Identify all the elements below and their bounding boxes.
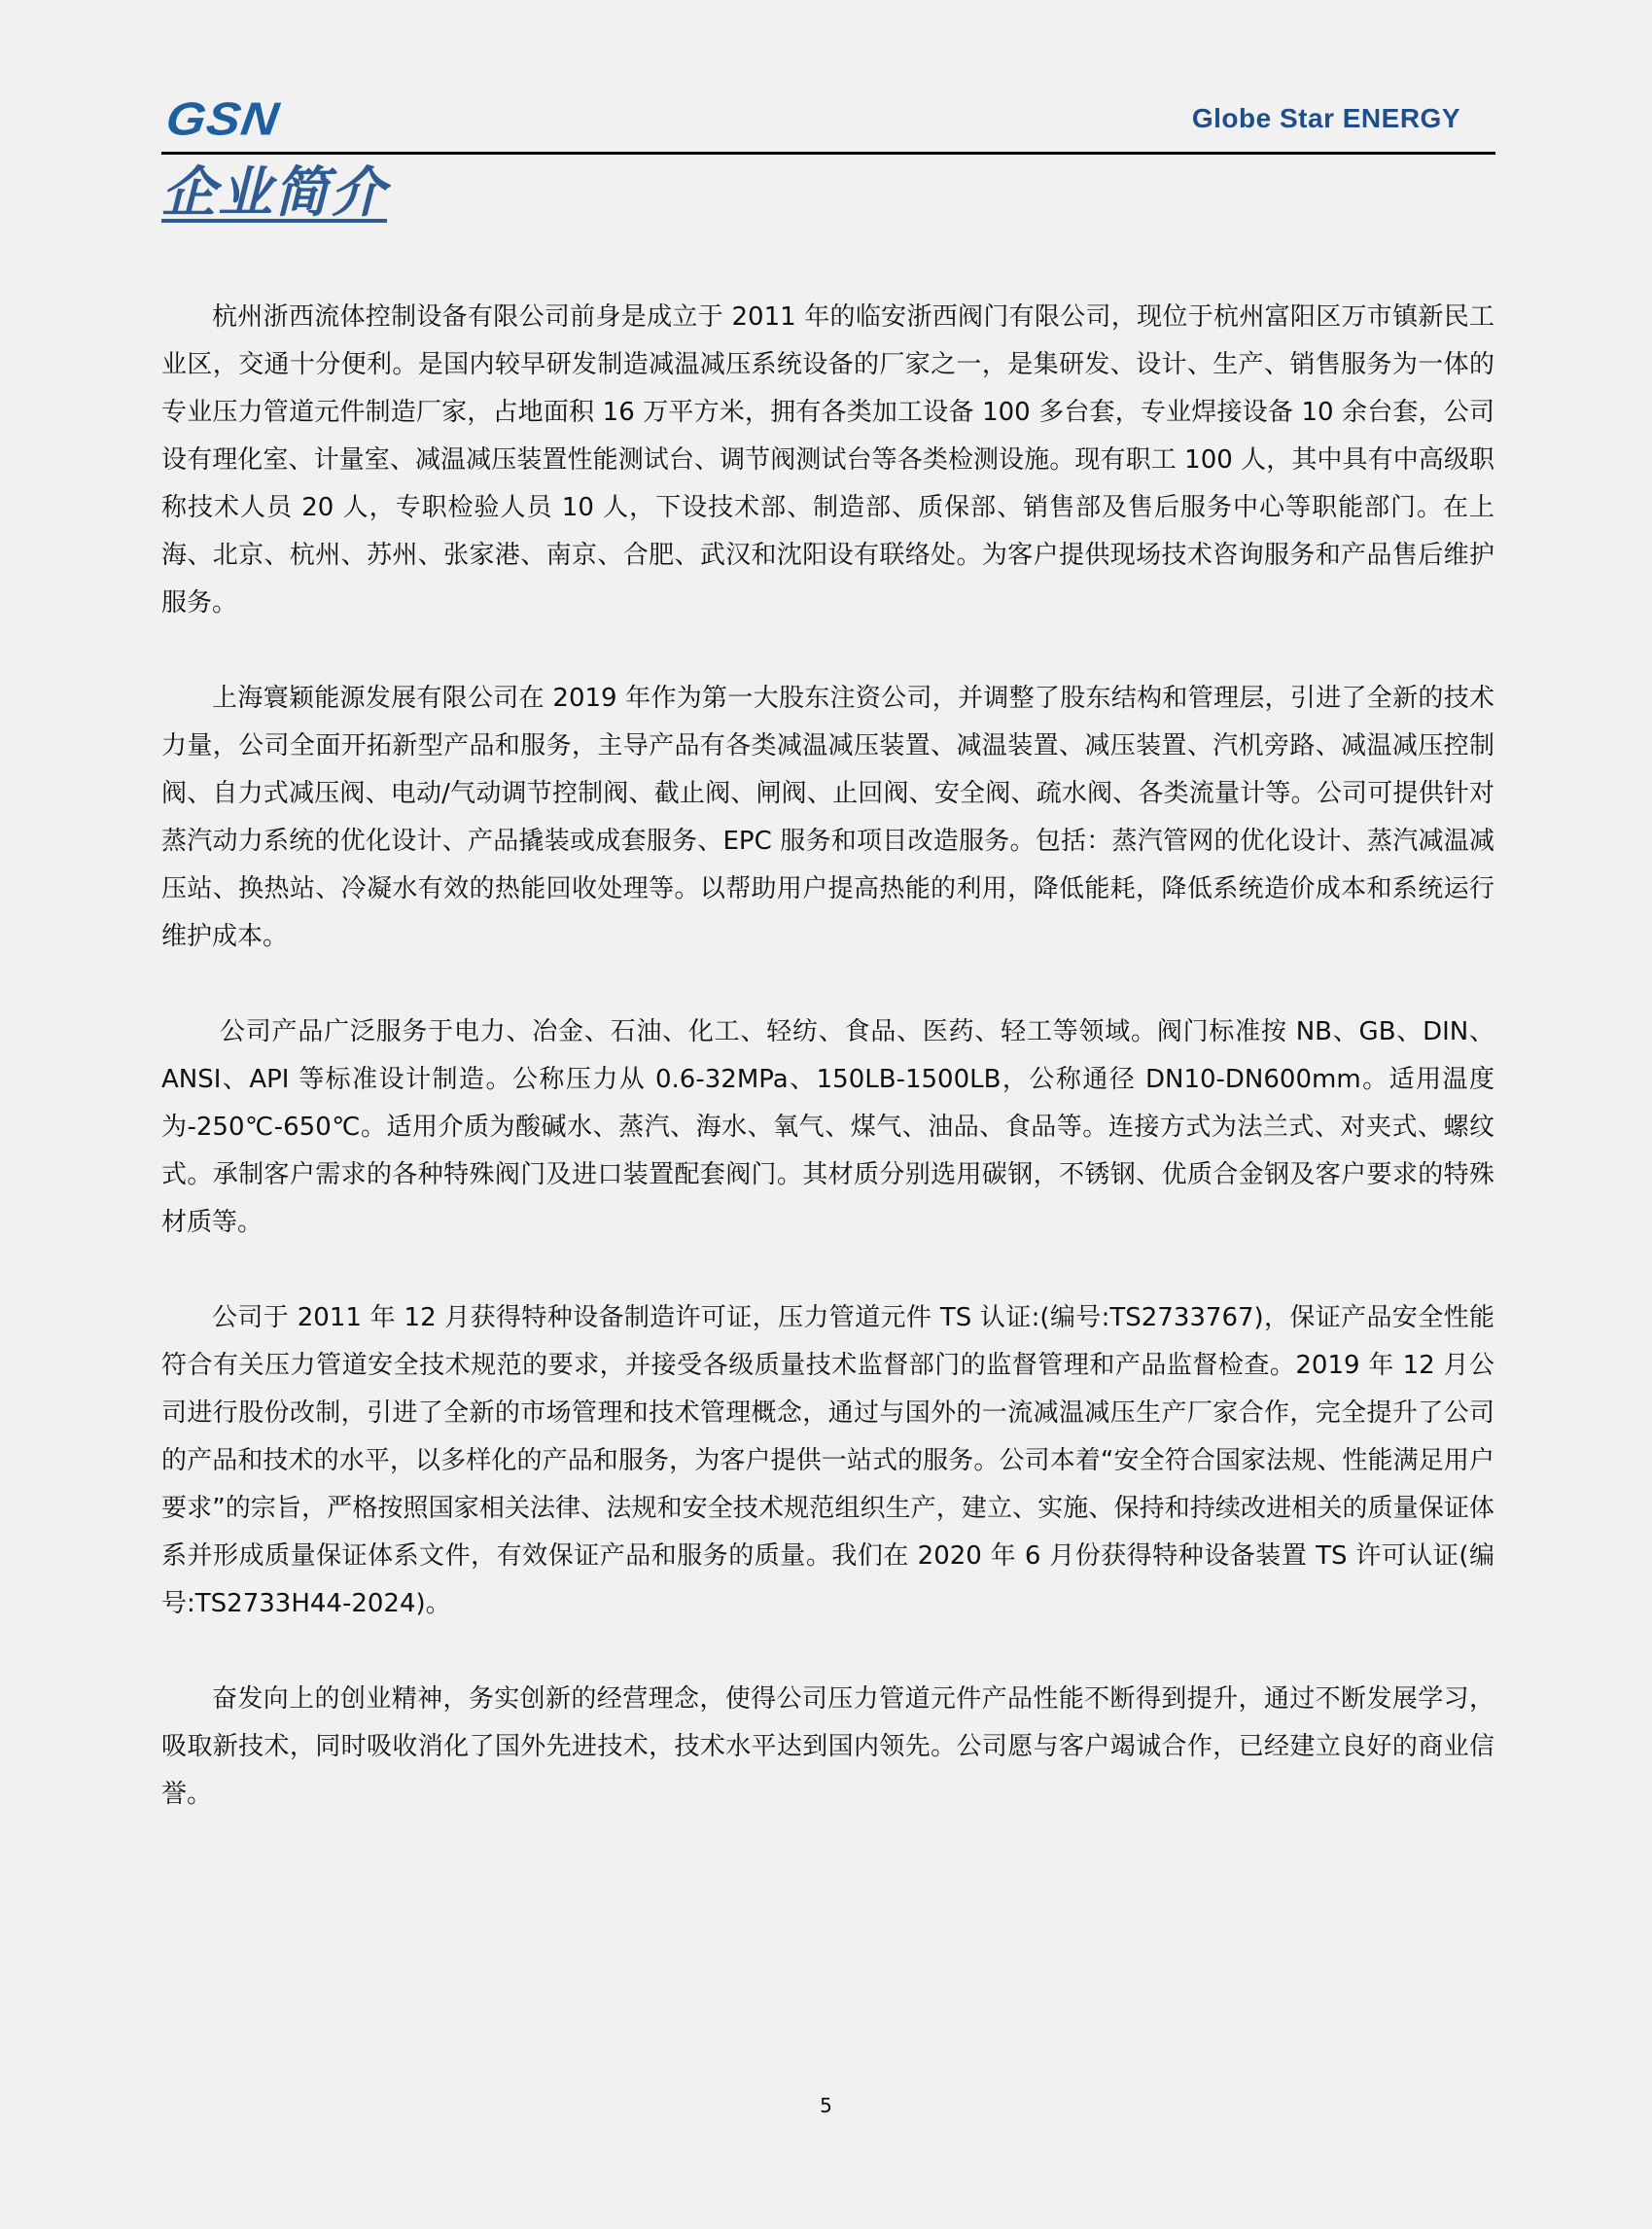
brand-name: Globe Star ENERGY [1192, 102, 1460, 135]
paragraph-applications-standards: 公司产品广泛服务于电力、冶金、石油、化工、轻纺、食品、医药、轻工等领域。阀门标准… [161, 1008, 1494, 1247]
page-header: GSN Globe Star ENERGY [161, 89, 1495, 154]
paragraph-philosophy: 奋发向上的创业精神，务实创新的经营理念，使得公司压力管道元件产品性能不断得到提升… [161, 1676, 1494, 1819]
paragraph-shareholder-products: 上海寰颖能源发展有限公司在 2019 年作为第一大股东注资公司，并调整了股东结构… [161, 675, 1494, 961]
page-title: 企业简介 [161, 158, 387, 230]
gsn-logo: GSN [163, 97, 282, 142]
paragraph-certifications: 公司于 2011 年 12 月获得特种设备制造许可证，压力管道元件 TS 认证:… [161, 1294, 1494, 1628]
page-number: 5 [0, 2094, 1652, 2117]
body-content: 杭州浙西流体控制设备有限公司前身是成立于 2011 年的临安浙西阀门有限公司，现… [161, 294, 1494, 1819]
header-divider [161, 152, 1495, 155]
paragraph-company-history: 杭州浙西流体控制设备有限公司前身是成立于 2011 年的临安浙西阀门有限公司，现… [161, 294, 1494, 627]
